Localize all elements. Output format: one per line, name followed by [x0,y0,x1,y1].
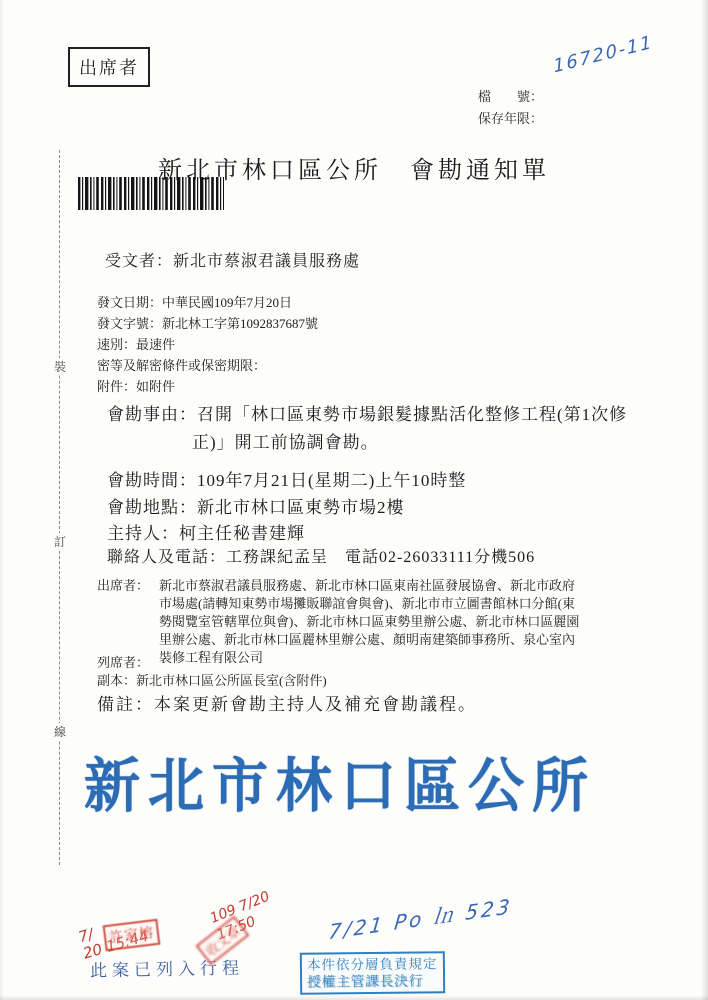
handwritten-schedule-note: 此案已列入行程 [90,954,244,982]
survey-time: 會勘時間：109年7月21日(星期二)上午10時整 [107,466,466,491]
recipient-line: 受文者：新北市蔡淑君議員服務處 [105,248,360,271]
attendees-line: 新北市蔡淑君議員服務處、新北市林口區東南社區發展協會、新北市政府 [159,577,579,595]
binding-mark-zhuang: 裝 [52,358,68,375]
attendees-line: 市場處(請轉知東勢市場攤販聯誼會與會)、新北市市立圖書館林口分館(東 [159,595,579,613]
binding-mark-xian: 線 [52,723,68,740]
attendees-block: 出席者： 新北市蔡淑君議員服務處、新北市林口區東南社區發展協會、新北市政府 市場… [97,577,579,667]
attendee-box-label: 出席者 [79,58,139,78]
binding-line [59,150,60,865]
name-chop-stamp: 許家榕 [103,919,161,952]
contact-line: 聯絡人及電話：工務課紀孟呈 電話02-26033111分機506 [107,544,535,567]
doc-number: 發文字號：新北林工字第1092837687號 [97,313,318,334]
attendees-line: 里辦公處、新北市林口區麗林里辦公處、顏明南建築師事務所、泉心室內 [159,631,579,649]
issue-date: 發文日期：中華民國109年7月20日 [97,292,318,313]
attendees-line: 裝修工程有限公司 [159,649,579,667]
delegation-stamp-line2: 授權主管課長決行 [307,972,438,990]
handwritten-file-number: 16720-11 [552,32,654,78]
survey-subject-line1: 會勘事由：召開「林口區東勢市場銀髮據點活化整修工程(第1次修 [107,400,627,425]
security-class: 密等及解密條件或保密期限： [97,355,318,376]
document-meta-block: 發文日期：中華民國109年7月20日 發文字號：新北林工字第1092837687… [97,292,318,397]
survey-host: 主持人：柯主任秘書建輝 [107,519,305,544]
barcode [78,177,224,210]
speed-class: 速別：最速件 [97,334,318,355]
delegation-authority-stamp: 本件依分層負責規定 授權主管課長決行 [300,951,445,995]
remark-line: 備註：本案更新會勘主持人及補充會勘議程。 [97,690,477,715]
attendee-stamp-box: 出席者 [68,47,150,87]
attendees-label: 出席者： [97,577,149,595]
attendees-line: 勢閱覽室管轄單位與會)、新北市林口區東勢里辦公處、新北市林口區麗園 [159,613,579,631]
agency-brush-stamp: 新北市林口區公所 [0,740,680,824]
file-number-label: 檔 號： [478,86,543,108]
survey-location: 會勘地點：新北市林口區東勢市場2樓 [107,493,405,518]
retention-period-label: 保存年限： [478,108,543,130]
handwritten-blue-signature: 7/21 Po ㏑ 523 [327,890,514,946]
carbon-copy-line: 副本：新北市林口區公所區長室(含附件) [97,670,327,689]
scan-edge [0,995,708,1000]
attachment-note: 附件：如附件 [97,376,318,397]
survey-subject-line2: 正)」開工前協調會勘。 [192,428,379,453]
observers-label: 列席者： [97,652,149,671]
file-number-block: 檔 號： 保存年限： [478,86,543,130]
scanned-document-page: 出席者 檔 號： 保存年限： 16720-11 新北市林口區公所 會勘通知單 受… [0,0,708,1000]
binding-mark-ding: 訂 [52,533,68,550]
delegation-stamp-line1: 本件依分層負責規定 [307,955,438,973]
